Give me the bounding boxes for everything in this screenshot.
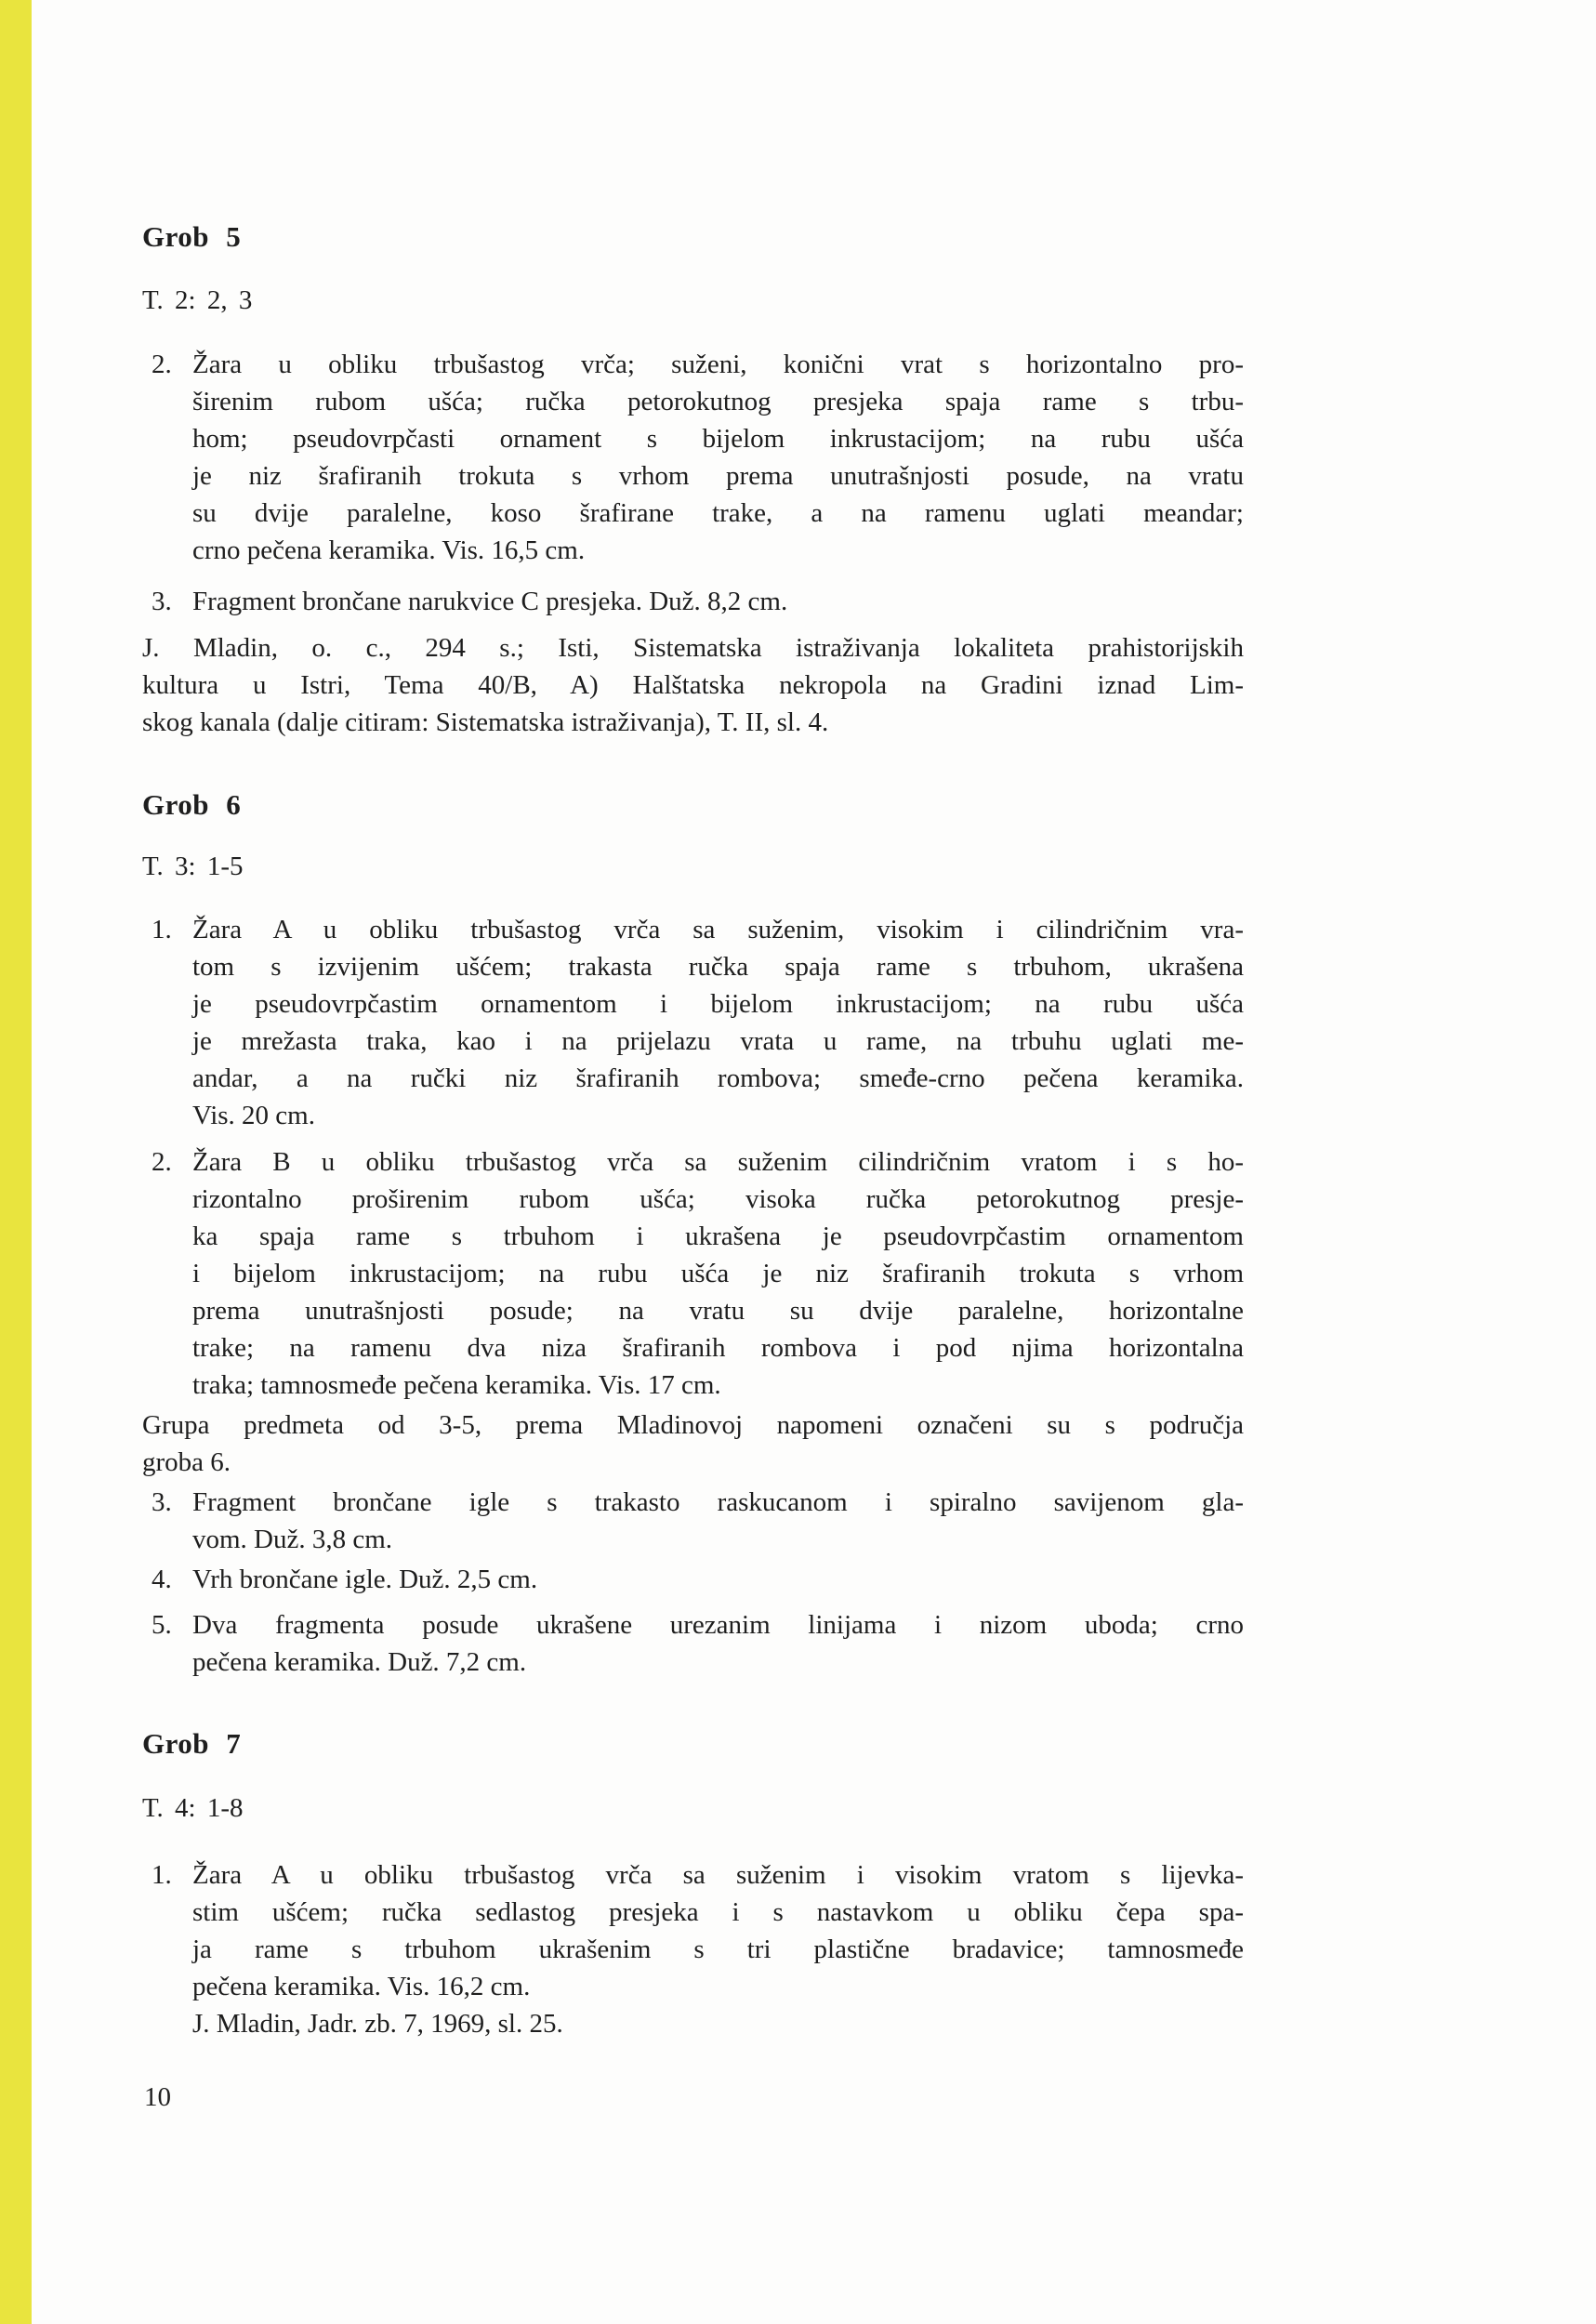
item-text-line: Dva fragmenta posude ukrašene urezanim l… bbox=[192, 1606, 1244, 1644]
citation-line: J. Mladin, o. c., 294 s.; Isti, Sistemat… bbox=[142, 629, 1244, 667]
item-description: Žara B u obliku trbušastog vrča sa sužen… bbox=[192, 1143, 1244, 1404]
citation-line: kultura u Istri, Tema 40/B, A) Halštatsk… bbox=[142, 667, 1244, 704]
plate-reference: T. 2: 2, 3 bbox=[142, 282, 1244, 319]
grave-5-heading: Grob 5 bbox=[142, 218, 1244, 257]
catalog-item: 2. Žara u obliku trbušastog vrča; suženi… bbox=[142, 346, 1244, 569]
catalog-item-list: 3. Fragment brončane igle s trakasto ras… bbox=[142, 1484, 1244, 1681]
grave-5-section: Grob 5 T. 2: 2, 3 2. Žara u obliku trbuš… bbox=[142, 218, 1244, 741]
group-note: Grupa predmeta od 3-5, prema Mladinovoj … bbox=[142, 1406, 1244, 1481]
item-text-line: je pseudovrpčastim ornamentom i bijelom … bbox=[192, 985, 1244, 1023]
item-number: 4. bbox=[142, 1561, 192, 1598]
item-text-line: Žara u obliku trbušastog vrča; suženi, k… bbox=[192, 346, 1244, 383]
item-description: Žara u obliku trbušastog vrča; suženi, k… bbox=[192, 346, 1244, 569]
item-description: Dva fragmenta posude ukrašene urezanim l… bbox=[192, 1606, 1244, 1681]
item-description: Žara A u obliku trbušastog vrča sa sužen… bbox=[192, 1856, 1244, 2005]
scan-edge-strip bbox=[0, 0, 32, 2324]
item-text-line: pečena keramika. Vis. 16,2 cm. bbox=[192, 1968, 1244, 2005]
grave-6-section: Grob 6 T. 3: 1-5 1. Žara A u obliku trbu… bbox=[142, 786, 1244, 1681]
item-text-line: Žara A u obliku trbušastog vrča sa sužen… bbox=[192, 1856, 1244, 1894]
item-number: 3. bbox=[142, 583, 192, 620]
catalog-item: 4. Vrh brončane igle. Duž. 2,5 cm. bbox=[142, 1561, 1244, 1598]
item-text-line: pečena keramika. Duž. 7,2 cm. bbox=[192, 1644, 1244, 1681]
item-text-line: je niz šrafiranih trokuta s vrhom prema … bbox=[192, 457, 1244, 495]
item-text-line: trake; na ramenu dva niza šrafiranih rom… bbox=[192, 1329, 1244, 1367]
item-text-line: Žara B u obliku trbušastog vrča sa sužen… bbox=[192, 1143, 1244, 1181]
scanned-page: { "page": { "number": "10", "background"… bbox=[0, 0, 1596, 2324]
item-text-line: i bijelom inkrustacijom; na rubu ušća je… bbox=[192, 1255, 1244, 1292]
citation-line: skog kanala (dalje citiram: Sistematska … bbox=[142, 704, 1244, 741]
item-number: 5. bbox=[142, 1606, 192, 1681]
item-text-line: Žara A u obliku trbušastog vrča sa sužen… bbox=[192, 911, 1244, 948]
item-number: 3. bbox=[142, 1484, 192, 1558]
catalog-item-list: 1. Žara A u obliku trbušastog vrča sa su… bbox=[142, 1856, 1244, 2005]
catalog-item-list: 1. Žara A u obliku trbušastog vrča sa su… bbox=[142, 911, 1244, 1404]
plate-reference: T. 3: 1-5 bbox=[142, 848, 1244, 885]
grave-7-section: Grob 7 T. 4: 1-8 1. Žara A u obliku trbu… bbox=[142, 1724, 1244, 2042]
item-text-line: traka; tamnosmeđe pečena keramika. Vis. … bbox=[192, 1367, 1244, 1404]
citation: J. Mladin, Jadr. zb. 7, 1969, sl. 25. bbox=[192, 2005, 1294, 2042]
item-text-line: širenim rubom ušća; ručka petorokutnog p… bbox=[192, 383, 1244, 420]
note-line: groba 6. bbox=[142, 1444, 1244, 1481]
item-description: Žara A u obliku trbušastog vrča sa sužen… bbox=[192, 911, 1244, 1134]
citation: J. Mladin, o. c., 294 s.; Isti, Sistemat… bbox=[142, 629, 1244, 741]
citation-line: J. Mladin, Jadr. zb. 7, 1969, sl. 25. bbox=[192, 2005, 1294, 2042]
item-description: Fragment brončane narukvice C presjeka. … bbox=[192, 583, 1244, 620]
item-description: Vrh brončane igle. Duž. 2,5 cm. bbox=[192, 1561, 1244, 1598]
item-text-line: crno pečena keramika. Vis. 16,5 cm. bbox=[192, 532, 1244, 569]
item-number: 1. bbox=[142, 911, 192, 1134]
catalog-item: 3. Fragment brončane igle s trakasto ras… bbox=[142, 1484, 1244, 1558]
item-text-line: tom s izvijenim ušćem; trakasta ručka sp… bbox=[192, 948, 1244, 985]
item-text-line: vom. Duž. 3,8 cm. bbox=[192, 1521, 1244, 1558]
item-text-line: prema unutrašnjosti posude; na vratu su … bbox=[192, 1292, 1244, 1329]
item-text-line: Fragment brončane igle s trakasto raskuc… bbox=[192, 1484, 1244, 1521]
item-text-line: Fragment brončane narukvice C presjeka. … bbox=[192, 583, 1244, 620]
item-text-line: hom; pseudovrpčasti ornament s bijelom i… bbox=[192, 420, 1244, 457]
item-text-line: andar, a na ručki niz šrafiranih rombova… bbox=[192, 1060, 1244, 1097]
plate-reference: T. 4: 1-8 bbox=[142, 1789, 1244, 1827]
item-text-line: su dvije paralelne, koso šrafirane trake… bbox=[192, 495, 1244, 532]
item-number: 1. bbox=[142, 1856, 192, 2005]
catalog-item: 1. Žara A u obliku trbušastog vrča sa su… bbox=[142, 1856, 1244, 2005]
grave-6-heading: Grob 6 bbox=[142, 786, 1244, 825]
item-text-line: stim ušćem; ručka sedlastog presjeka i s… bbox=[192, 1894, 1244, 1931]
catalog-item: 5. Dva fragmenta posude ukrašene urezani… bbox=[142, 1606, 1244, 1681]
item-number: 2. bbox=[142, 346, 192, 569]
catalog-item-list: 2. Žara u obliku trbušastog vrča; suženi… bbox=[142, 346, 1244, 620]
item-text-line: rizontalno proširenim rubom ušća; visoka… bbox=[192, 1181, 1244, 1218]
item-text-line: Vis. 20 cm. bbox=[192, 1097, 1244, 1134]
item-description: Fragment brončane igle s trakasto raskuc… bbox=[192, 1484, 1244, 1558]
item-number: 2. bbox=[142, 1143, 192, 1404]
note-line: Grupa predmeta od 3-5, prema Mladinovoj … bbox=[142, 1406, 1244, 1444]
page-number: 10 bbox=[144, 2079, 171, 2116]
catalog-item: 2. Žara B u obliku trbušastog vrča sa su… bbox=[142, 1143, 1244, 1404]
item-text-line: je mrežasta traka, kao i na prijelazu vr… bbox=[192, 1023, 1244, 1060]
item-text-line: ja rame s trbuhom ukrašenim s tri plasti… bbox=[192, 1931, 1244, 1968]
item-text-line: ka spaja rame s trbuhom i ukrašena je ps… bbox=[192, 1218, 1244, 1255]
grave-7-heading: Grob 7 bbox=[142, 1724, 1244, 1763]
item-text-line: Vrh brončane igle. Duž. 2,5 cm. bbox=[192, 1561, 1244, 1598]
catalog-item: 1. Žara A u obliku trbušastog vrča sa su… bbox=[142, 911, 1244, 1134]
catalog-item: 3. Fragment brončane narukvice C presjek… bbox=[142, 583, 1244, 620]
